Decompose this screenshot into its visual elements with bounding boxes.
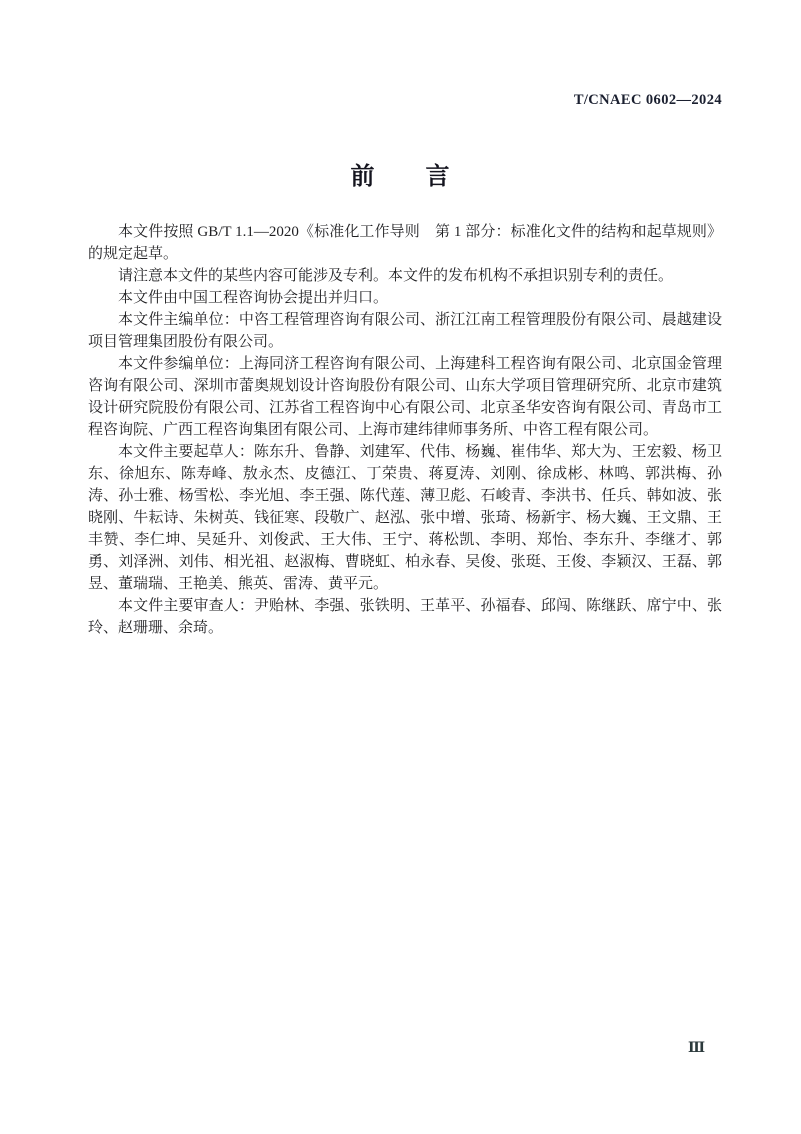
- standard-number: T/CNAEC 0602—2024: [574, 92, 722, 109]
- paragraph-chief-editing-units: 本文件主编单位：中咨工程管理咨询有限公司、浙江江南工程管理股份有限公司、晨越建设…: [88, 309, 722, 353]
- paragraph-proposing-body: 本文件由中国工程咨询协会提出并归口。: [88, 287, 722, 309]
- paragraph-main-drafters: 本文件主要起草人：陈东升、鲁静、刘建军、代伟、杨巍、崔伟华、郑大为、王宏毅、杨卫…: [88, 441, 722, 595]
- foreword-body: 本文件按照 GB/T 1.1—2020《标准化工作导则 第 1 部分：标准化文件…: [88, 221, 722, 639]
- document-page: T/CNAEC 0602—2024 前 言 本文件按照 GB/T 1.1—202…: [0, 0, 801, 1134]
- foreword-title: 前 言: [0, 156, 801, 191]
- paragraph-patent-notice: 请注意本文件的某些内容可能涉及专利。本文件的发布机构不承担识别专利的责任。: [88, 265, 722, 287]
- paragraph-participating-units: 本文件参编单位：上海同济工程咨询有限公司、上海建科工程咨询有限公司、北京国金管理…: [88, 353, 722, 441]
- paragraph-main-reviewers: 本文件主要审查人：尹贻林、李强、张铁明、王革平、孙福春、邱闯、陈继跃、席宁中、张…: [88, 595, 722, 639]
- page-number: Ⅲ: [0, 1040, 801, 1057]
- paragraph-drafting-rules: 本文件按照 GB/T 1.1—2020《标准化工作导则 第 1 部分：标准化文件…: [88, 221, 722, 265]
